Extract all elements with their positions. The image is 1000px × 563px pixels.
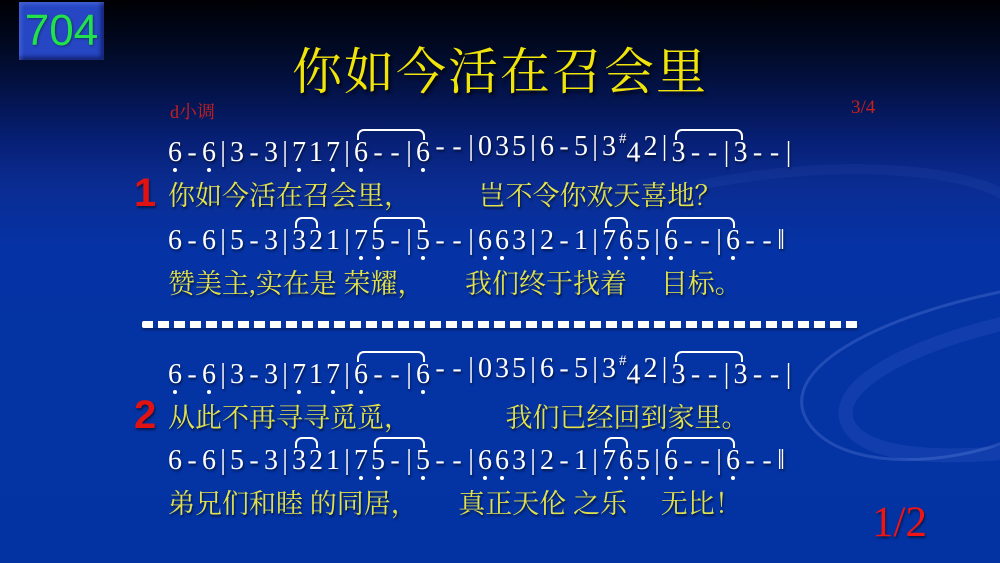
barline: | — [529, 354, 537, 390]
note: 3 — [292, 446, 306, 476]
dash-note: - — [681, 226, 695, 256]
dash-note: - — [557, 446, 571, 476]
barline: | — [467, 354, 475, 390]
barline: | — [723, 138, 731, 168]
music-line: 6-6|3-3|717|6--|6--|035|6-5|3#42|3--|3--… — [168, 348, 793, 390]
dash-note: - — [557, 354, 571, 390]
dash-note: - — [388, 360, 402, 390]
note: 6 — [495, 446, 509, 476]
low-octave-dot — [421, 390, 425, 394]
dash-note: - — [247, 446, 261, 476]
note: 3 — [230, 360, 244, 390]
dash-note: - — [433, 132, 447, 168]
low-octave-dot — [421, 256, 425, 260]
barline: | — [343, 138, 351, 168]
score-system: 16-6|3-3|717|6--|6--|035|6-5|3#42|3--|3-… — [168, 126, 793, 213]
lyric-line: 赞美主,实在是 荣耀， 我们终于找着 目标。 — [168, 262, 785, 301]
low-octave-dot — [641, 256, 645, 260]
barline: | — [467, 446, 475, 476]
note: 5 — [371, 446, 385, 476]
score-system: 26-6|3-3|717|6--|6--|035|6-5|3#42|3--|3-… — [168, 348, 793, 435]
slur-group: 6--|6 — [354, 138, 430, 168]
barline: | — [405, 446, 413, 476]
dash-note: - — [388, 138, 402, 168]
note: 7 — [292, 360, 306, 390]
note: 5 — [574, 354, 588, 390]
note: 6 — [202, 226, 216, 256]
barline: | — [405, 226, 413, 256]
dash-note: - — [185, 446, 199, 476]
note: 6 — [726, 446, 740, 476]
low-octave-dot — [331, 168, 335, 172]
note-group: --|663|2-1| — [433, 446, 599, 476]
low-octave-dot — [421, 168, 425, 172]
barline: | — [591, 132, 599, 168]
barline: | — [219, 226, 227, 256]
note-group: --| — [751, 138, 793, 168]
barline: | — [343, 446, 351, 476]
slur-group: 6--|6 — [664, 446, 740, 476]
dash-note: - — [450, 132, 464, 168]
note: 0 — [478, 132, 492, 168]
barline: | — [785, 360, 793, 390]
note: 6 — [202, 360, 216, 390]
note: 3 — [512, 226, 526, 256]
note-group: --|035|6-5|3#42| — [433, 132, 669, 168]
barline: | — [405, 360, 413, 390]
dash-note: - — [706, 360, 720, 390]
dash-note: - — [450, 446, 464, 476]
dash-note: - — [247, 138, 261, 168]
barline: | — [591, 354, 599, 390]
note: 6 — [168, 446, 182, 476]
note: 5 — [512, 132, 526, 168]
note-group: 5| — [636, 226, 661, 256]
dash-note: - — [433, 446, 447, 476]
note: 3 — [734, 138, 748, 168]
lyric-line: 弟兄们和睦 的同居， 真正天伦 之乐 无比！ — [168, 482, 785, 521]
score-system: 6-6|5-3|321|75-|5--|663|2-1|765|6--|6--‖… — [168, 214, 785, 301]
barline: | — [723, 360, 731, 390]
dash-note: - — [751, 138, 765, 168]
low-octave-dot — [607, 256, 611, 260]
note: 3 — [734, 360, 748, 390]
slur-group: 3--|3 — [672, 138, 748, 168]
note: 2 — [540, 226, 554, 256]
low-octave-dot — [359, 168, 363, 172]
low-octave-dot — [731, 476, 735, 480]
barline: | — [281, 446, 289, 476]
barline: | — [715, 446, 723, 476]
barline: | — [343, 226, 351, 256]
barline: | — [281, 360, 289, 390]
barline: | — [715, 226, 723, 256]
barline: | — [661, 132, 669, 168]
barline: | — [591, 226, 599, 256]
low-octave-dot — [731, 256, 735, 260]
note: 5 — [636, 446, 650, 476]
note: 0 — [478, 354, 492, 390]
note: 7 — [326, 360, 340, 390]
note: 1 — [309, 138, 323, 168]
dash-note: - — [743, 446, 757, 476]
barline: | — [343, 360, 351, 390]
note: 5 — [371, 226, 385, 256]
note: 7 — [292, 138, 306, 168]
dash-note: - — [388, 226, 402, 256]
low-octave-dot — [500, 476, 504, 480]
low-octave-dot — [500, 256, 504, 260]
dash-note: - — [768, 138, 782, 168]
note: 3 — [672, 138, 686, 168]
slur-group: 76 — [602, 226, 633, 256]
note: 7 — [602, 446, 616, 476]
note: 3 — [264, 138, 278, 168]
low-octave-dot — [624, 476, 628, 480]
note: 6 — [478, 226, 492, 256]
barline: | — [529, 226, 537, 256]
low-octave-dot — [669, 476, 673, 480]
dash-note: - — [433, 226, 447, 256]
sharp-icon: # — [619, 353, 627, 369]
slur-group: 5-|5 — [371, 226, 430, 256]
slur-group: 6--|6 — [664, 226, 740, 256]
note: 1 — [574, 226, 588, 256]
barline: | — [467, 226, 475, 256]
hymn-slide: 704 你如今活在召会里 d小调 3/4 16-6|3-3|717|6--|6-… — [0, 0, 1000, 563]
low-octave-dot — [376, 476, 380, 480]
note: 3 — [264, 360, 278, 390]
note: 5 — [636, 226, 650, 256]
dash-note: - — [689, 138, 703, 168]
dash-note: - — [450, 226, 464, 256]
note: 1 — [326, 226, 340, 256]
dash-note: - — [743, 226, 757, 256]
note: 5 — [574, 132, 588, 168]
dash-note: - — [388, 446, 402, 476]
note: 2 — [644, 354, 658, 390]
note-group: --|663|2-1| — [433, 226, 599, 256]
low-octave-dot — [669, 256, 673, 260]
barline: | — [653, 446, 661, 476]
note: 6 — [202, 446, 216, 476]
low-octave-dot — [297, 390, 301, 394]
note: 2 — [309, 446, 323, 476]
note: 7 — [354, 226, 368, 256]
music-line: 6-6|5-3|321|75-|5--|663|2-1|765|6--|6--‖ — [168, 214, 785, 256]
note: 6 — [540, 354, 554, 390]
barline: | — [661, 354, 669, 390]
note: 5 — [230, 446, 244, 476]
low-octave-dot — [359, 256, 363, 260]
barline: | — [591, 446, 599, 476]
low-octave-dot — [207, 390, 211, 394]
dash-note: - — [185, 226, 199, 256]
dash-note: - — [760, 446, 774, 476]
note: 3 — [264, 226, 278, 256]
note: 6 — [664, 446, 678, 476]
low-octave-dot — [483, 476, 487, 480]
note: 3 — [495, 132, 509, 168]
note: 7 — [354, 446, 368, 476]
page-indicator: 1/2 — [872, 498, 927, 547]
barline: | — [219, 138, 227, 168]
low-octave-dot — [173, 390, 177, 394]
note: 6 — [168, 360, 182, 390]
low-octave-dot — [641, 476, 645, 480]
music-line: 6-6|3-3|717|6--|6--|035|6-5|3#42|3--|3--… — [168, 126, 793, 168]
note-group: 1|7 — [326, 446, 368, 476]
dash-note: - — [247, 226, 261, 256]
note: 6 — [168, 138, 182, 168]
low-octave-dot — [624, 256, 628, 260]
note: 2 — [644, 132, 658, 168]
note: 2 — [540, 446, 554, 476]
note: 6 — [495, 226, 509, 256]
note: 3 — [495, 354, 509, 390]
dash-note: - — [557, 226, 571, 256]
note-group: 6-6|5-3| — [168, 226, 289, 256]
barline: | — [405, 138, 413, 168]
note: 6 — [416, 360, 430, 390]
note: 3 — [292, 226, 306, 256]
verse-number: 1 — [134, 171, 156, 216]
slur-group: 32 — [292, 446, 323, 476]
note-group: --|035|6-5|3#42| — [433, 354, 669, 390]
note-group: 6-6|3-3|717| — [168, 360, 351, 390]
note: 3 — [602, 354, 616, 390]
note: 3 — [602, 132, 616, 168]
note-group: 6-6|5-3| — [168, 446, 289, 476]
note: 6 — [726, 226, 740, 256]
low-octave-dot — [331, 390, 335, 394]
dash-note: - — [371, 360, 385, 390]
note: 6 — [619, 446, 633, 476]
note: 5 — [512, 354, 526, 390]
note: 5 — [416, 446, 430, 476]
note-group: --| — [751, 360, 793, 390]
dash-note: - — [433, 354, 447, 390]
barline: | — [281, 138, 289, 168]
note: 6 — [619, 226, 633, 256]
dash-note: - — [371, 138, 385, 168]
barline: | — [281, 226, 289, 256]
low-octave-dot — [607, 476, 611, 480]
low-octave-dot — [421, 476, 425, 480]
note: 5 — [416, 226, 430, 256]
score-system: 6-6|5-3|321|75-|5--|663|2-1|765|6--|6--‖… — [168, 434, 785, 521]
lyric-line: 从此不再寻寻觅觅， 我们已经回到家里。 — [168, 396, 793, 435]
barline: | — [529, 446, 537, 476]
note: #4 — [619, 132, 641, 168]
barline: | — [653, 226, 661, 256]
verse-separator — [142, 321, 858, 328]
dash-note: - — [698, 446, 712, 476]
note: 7 — [602, 226, 616, 256]
low-octave-dot — [483, 256, 487, 260]
note: 6 — [202, 138, 216, 168]
slur-group: 6--|6 — [354, 360, 430, 390]
note: 3 — [230, 138, 244, 168]
slur-group: 76 — [602, 446, 633, 476]
final-barline: ‖ — [777, 446, 785, 476]
dash-note: - — [698, 226, 712, 256]
final-barline: ‖ — [777, 226, 785, 256]
sharp-icon: # — [619, 131, 627, 147]
dash-note: - — [706, 138, 720, 168]
slur-group: 3--|3 — [672, 360, 748, 390]
dash-note: - — [185, 360, 199, 390]
barline: | — [219, 446, 227, 476]
note: 6 — [354, 138, 368, 168]
note: #4 — [619, 354, 641, 390]
dash-note: - — [450, 354, 464, 390]
note-group: --‖ — [743, 226, 785, 256]
note: 6 — [168, 226, 182, 256]
dash-note: - — [185, 138, 199, 168]
low-octave-dot — [207, 168, 211, 172]
note-group: 6-6|3-3|717| — [168, 138, 351, 168]
note: 2 — [309, 226, 323, 256]
time-signature: 3/4 — [851, 97, 875, 119]
note: 1 — [309, 360, 323, 390]
note: 3 — [672, 360, 686, 390]
note: 6 — [354, 360, 368, 390]
note: 3 — [512, 446, 526, 476]
low-octave-dot — [359, 476, 363, 480]
note: 7 — [326, 138, 340, 168]
note: 3 — [264, 446, 278, 476]
note-group: 1|7 — [326, 226, 368, 256]
dash-note: - — [751, 360, 765, 390]
barline: | — [785, 138, 793, 168]
note: 1 — [326, 446, 340, 476]
note: 6 — [416, 138, 430, 168]
page-title: 你如今活在召会里 — [0, 32, 1000, 104]
barline: | — [467, 132, 475, 168]
dash-note: - — [689, 360, 703, 390]
low-octave-dot — [173, 168, 177, 172]
note: 1 — [574, 446, 588, 476]
slur-group: 5-|5 — [371, 446, 430, 476]
note-group: 5| — [636, 446, 661, 476]
dash-note: - — [557, 132, 571, 168]
note-group: --‖ — [743, 446, 785, 476]
verse-number: 2 — [134, 393, 156, 438]
barline: | — [529, 132, 537, 168]
low-octave-dot — [297, 168, 301, 172]
note: 6 — [664, 226, 678, 256]
note: 6 — [478, 446, 492, 476]
barline: | — [219, 360, 227, 390]
note: 6 — [540, 132, 554, 168]
low-octave-dot — [359, 390, 363, 394]
low-octave-dot — [376, 256, 380, 260]
dash-note: - — [681, 446, 695, 476]
slur-group: 32 — [292, 226, 323, 256]
dash-note: - — [768, 360, 782, 390]
music-line: 6-6|5-3|321|75-|5--|663|2-1|765|6--|6--‖ — [168, 434, 785, 476]
key-signature: d小调 — [170, 98, 215, 124]
dash-note: - — [760, 226, 774, 256]
lyric-line: 你如今活在召会里， 岂不令你欢天喜地？ — [168, 174, 793, 213]
dash-note: - — [247, 360, 261, 390]
note: 5 — [230, 226, 244, 256]
